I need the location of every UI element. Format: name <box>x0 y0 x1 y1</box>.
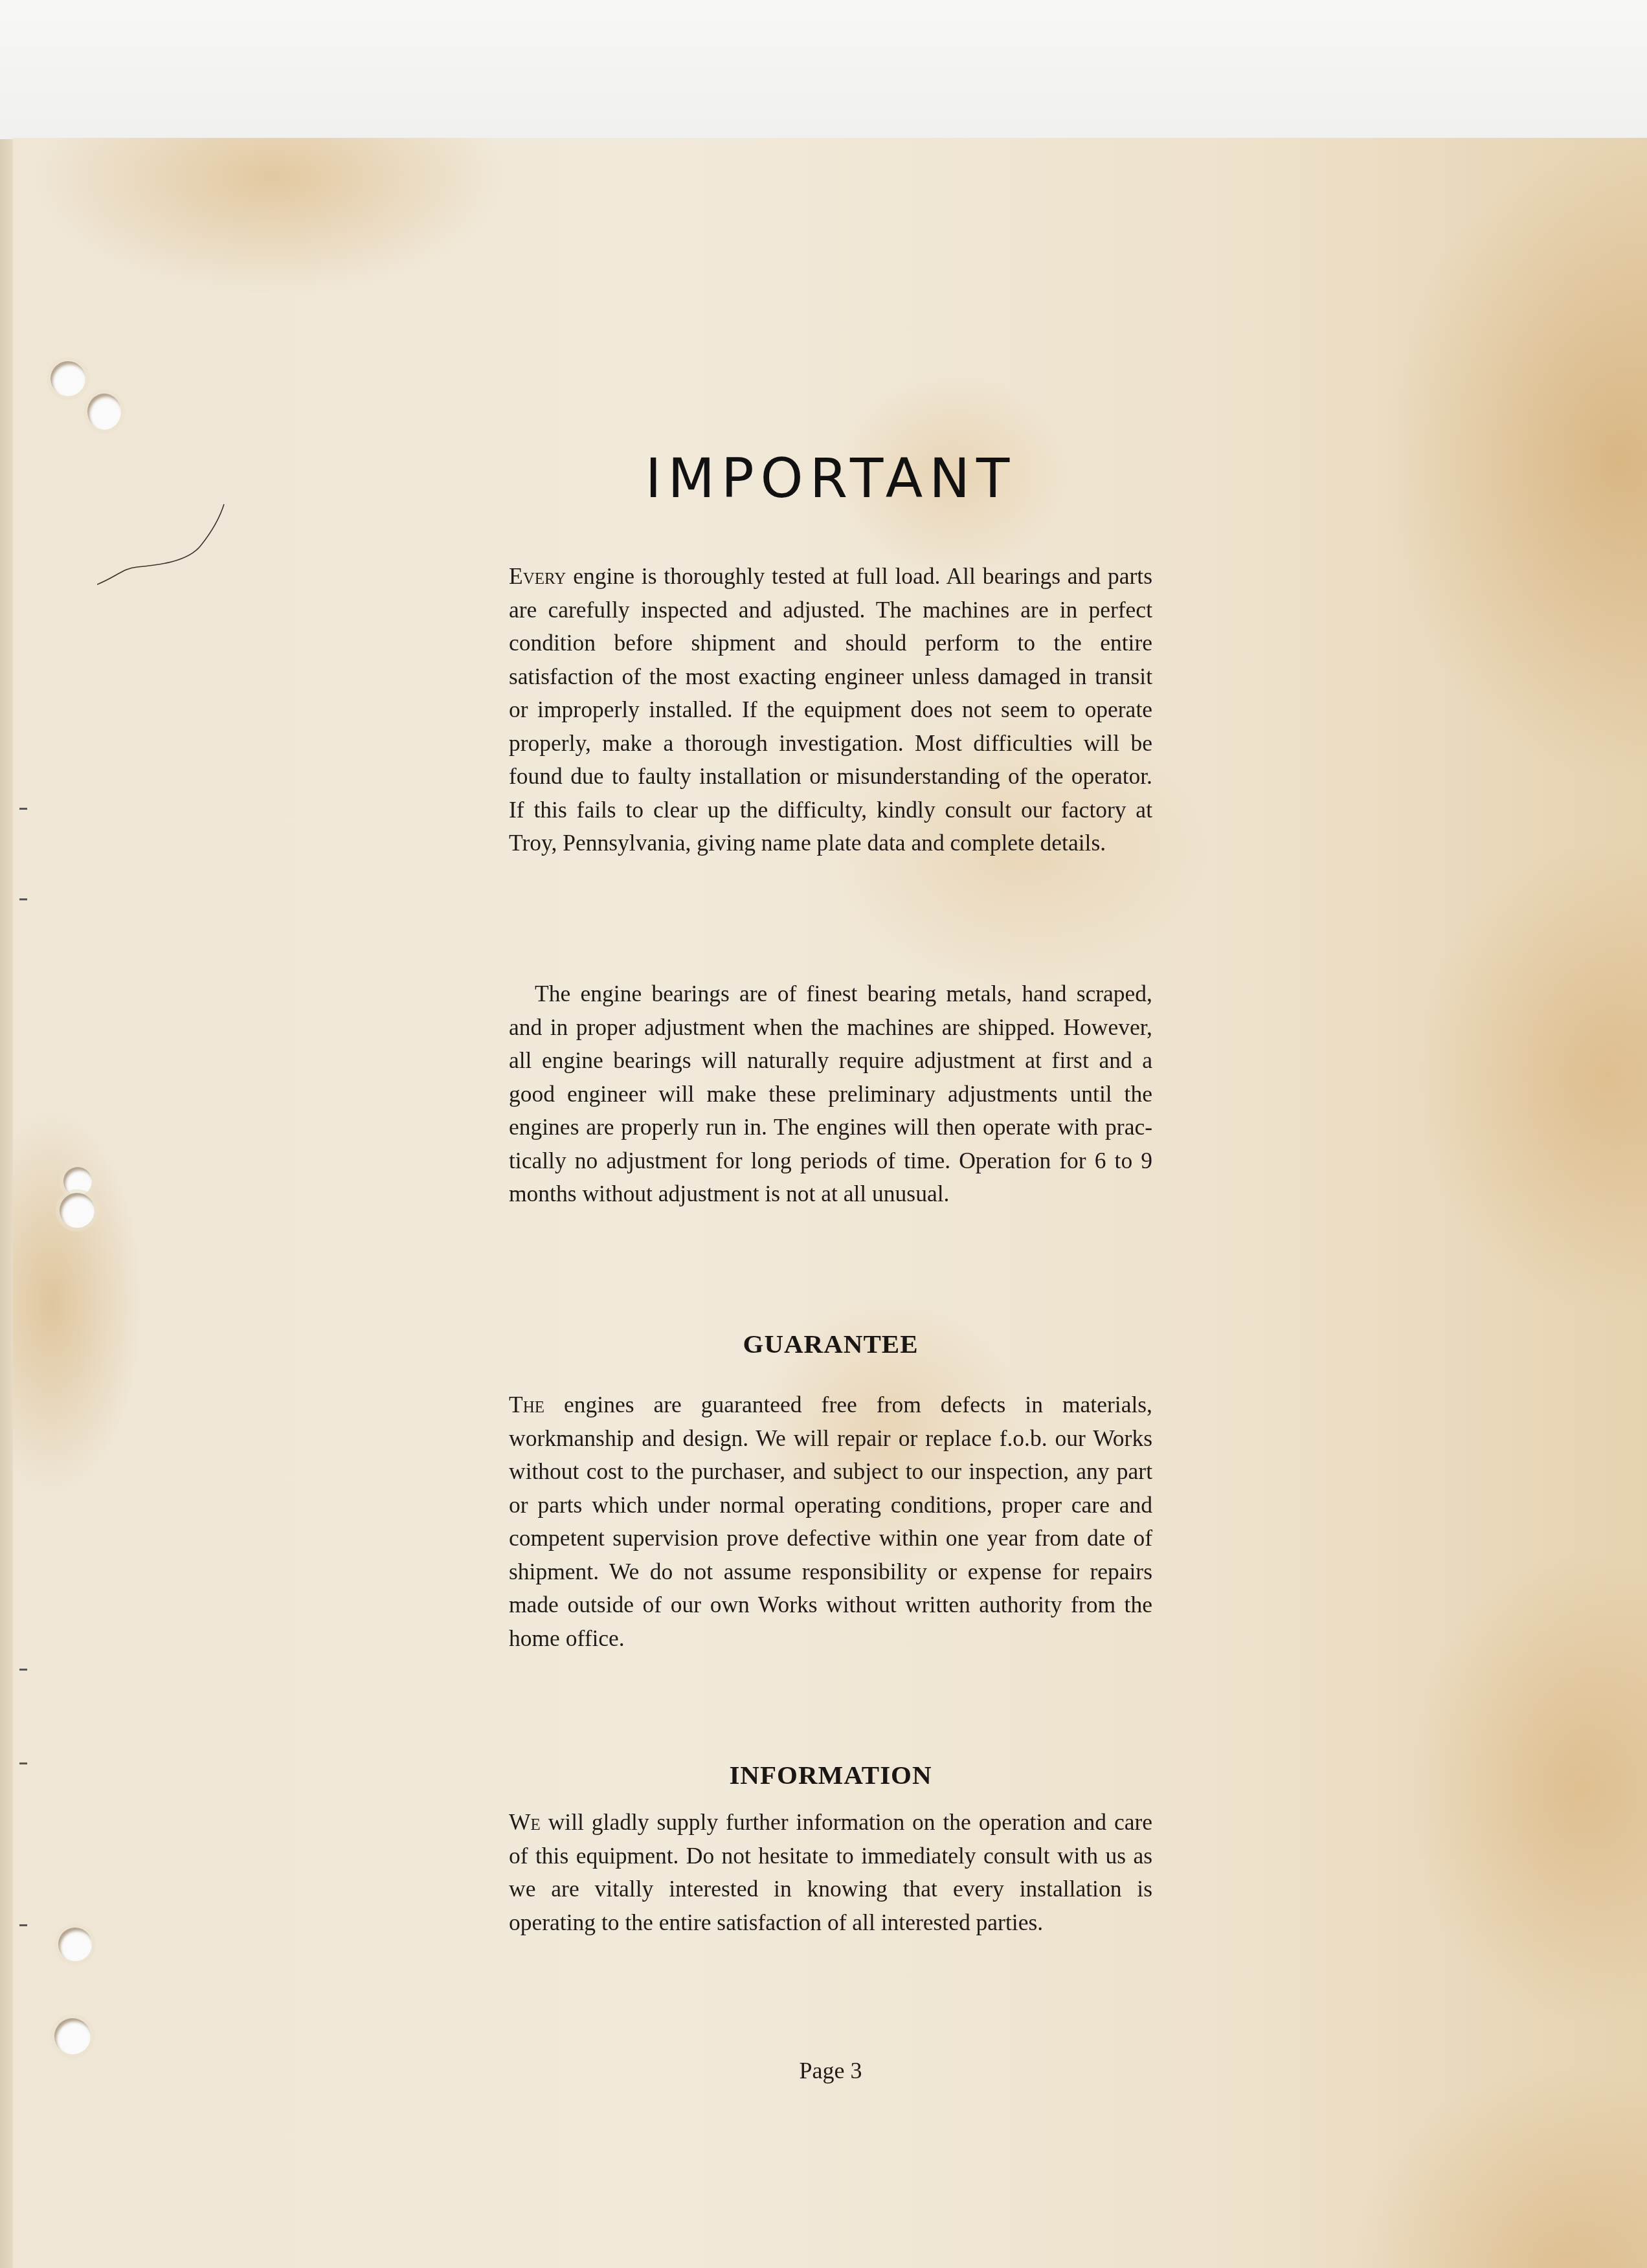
important-paragraph-2: The engine bearings are of finest bearin… <box>509 977 1152 1211</box>
information-heading: INFORMATION <box>509 1759 1152 1790</box>
important-paragraph-1: Every engine is thoroughly tested at ful… <box>509 560 1152 860</box>
paragraph-lead: The <box>509 1392 544 1417</box>
paragraph-lead: Every <box>509 563 566 589</box>
paragraph-body: engines are guaranteed free from defects… <box>509 1392 1152 1651</box>
margin-mark <box>19 1669 27 1671</box>
guarantee-paragraph: The engines are guaranteed free from def… <box>509 1388 1152 1655</box>
binder-hole <box>50 361 85 396</box>
margin-mark <box>19 1924 27 1926</box>
scanner-background <box>0 0 1647 139</box>
paragraph-lead: We <box>509 1809 541 1835</box>
margin-mark <box>19 1762 27 1764</box>
paragraph-body: The engine bearings are of finest bearin… <box>509 981 1152 1206</box>
margin-mark <box>19 898 27 900</box>
paragraph-body: engine is thoroughly tested at full load… <box>509 563 1152 856</box>
information-paragraph: We will gladly supply further informatio… <box>509 1806 1152 1939</box>
margin-mark <box>19 808 27 810</box>
stray-hair <box>97 500 240 617</box>
binder-hole <box>60 1193 95 1228</box>
guarantee-heading: GUARANTEE <box>509 1328 1152 1359</box>
binder-hole-torn <box>87 394 121 430</box>
page-title: IMPORTANT <box>509 447 1152 510</box>
binder-hole <box>54 2018 91 2054</box>
binding-edge <box>0 139 14 2268</box>
binder-hole <box>58 1928 92 1961</box>
binder-hole-torn <box>63 1167 92 1195</box>
page-number: Page 3 <box>509 2057 1152 2084</box>
paragraph-body: will gladly supply further information o… <box>509 1809 1152 1935</box>
